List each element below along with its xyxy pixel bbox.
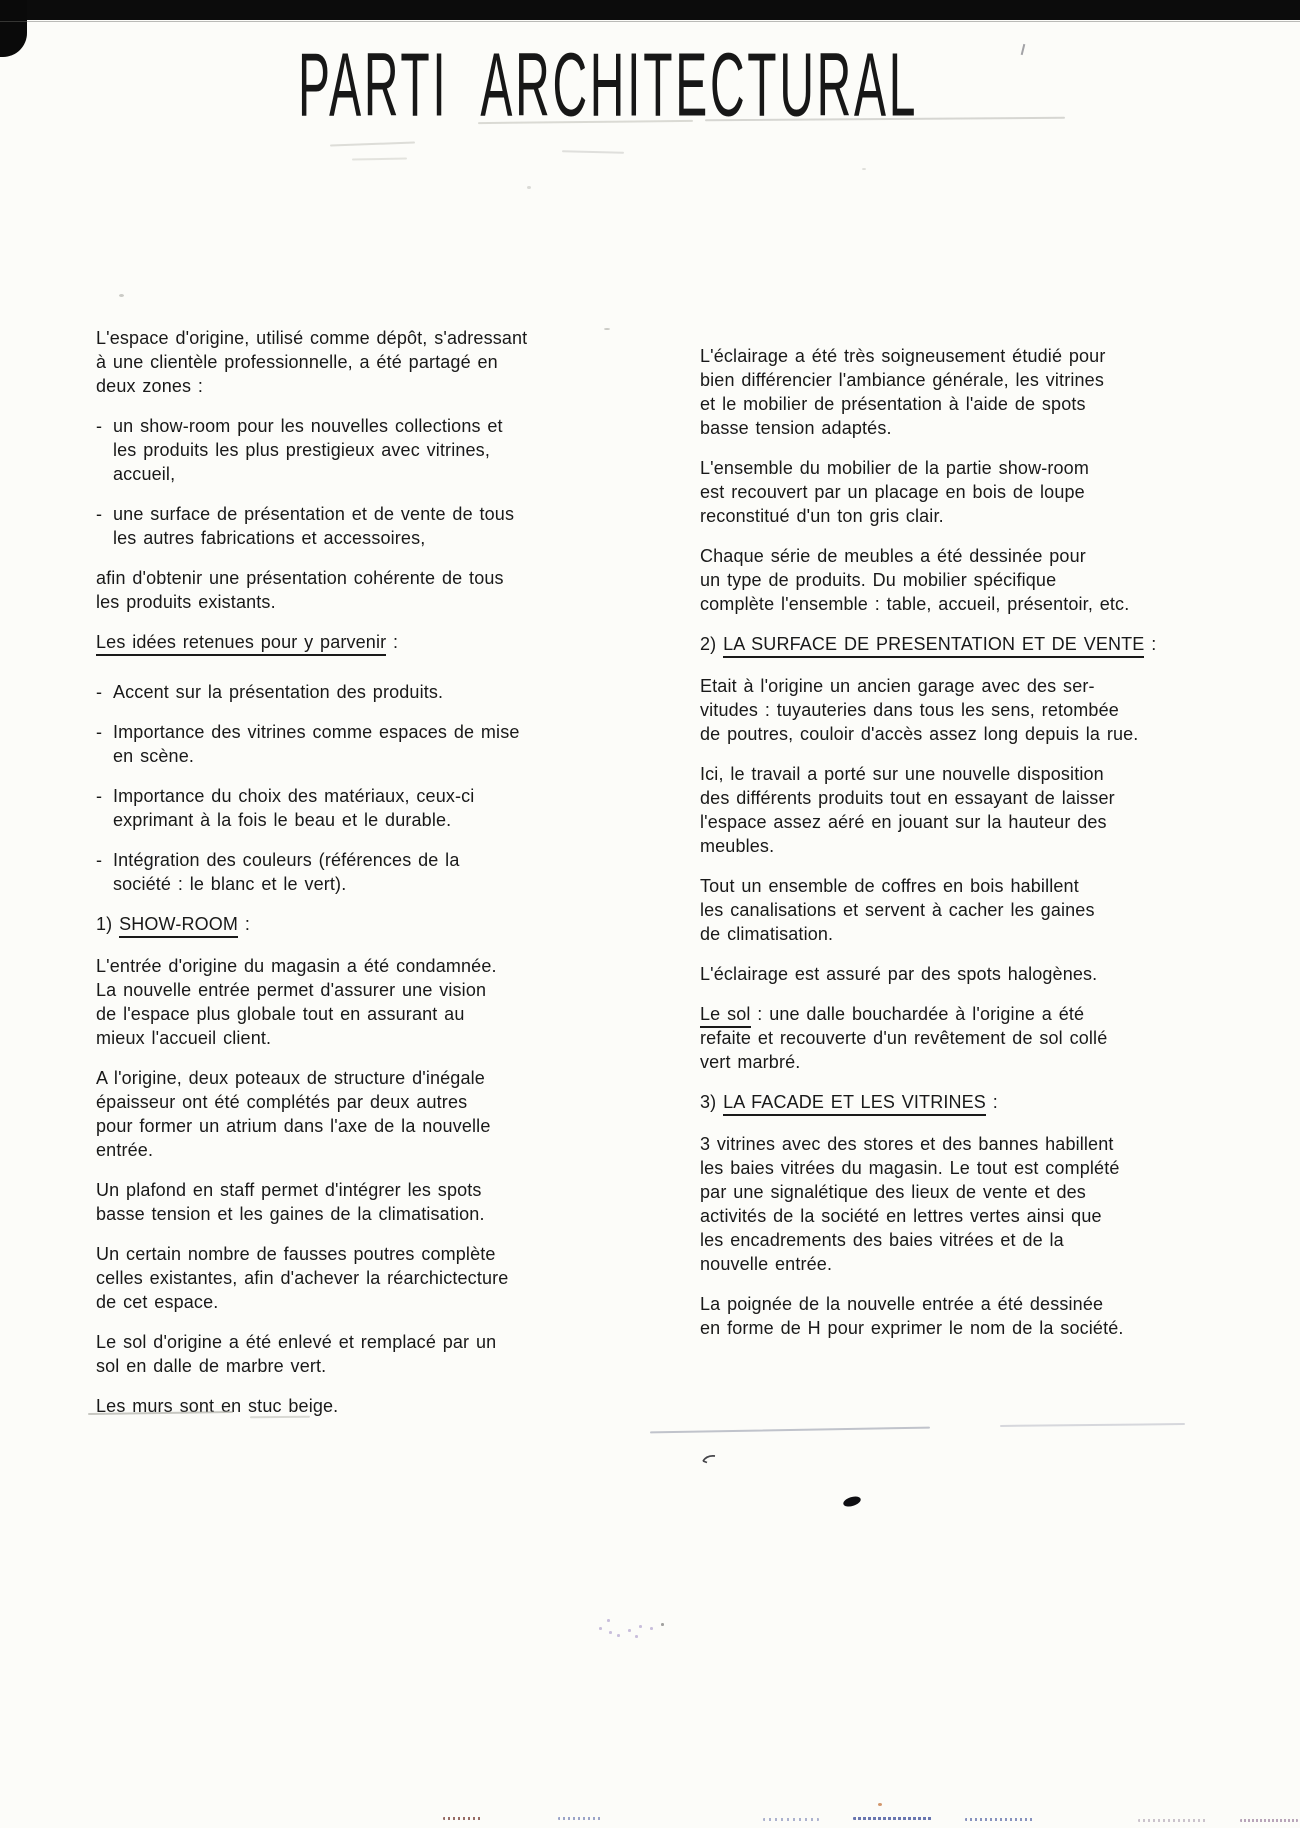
bottom-scan-noise	[763, 1818, 819, 1821]
pen-blob-mark	[842, 1495, 862, 1509]
heading-text: LA FACADE ET LES VITRINES	[723, 1092, 986, 1116]
scan-edge-top-bar	[0, 0, 1300, 20]
bottom-scan-noise	[853, 1817, 933, 1820]
pencil-line	[650, 1427, 930, 1433]
bullet-text: Intégration des couleurs (références de …	[113, 848, 460, 896]
heading-number: 1)	[96, 914, 119, 934]
paragraph: Chaque série de meubles a été dessinée p…	[700, 544, 1162, 616]
numbered-section-heading: 1) SHOW-ROOM :	[96, 912, 532, 936]
bullet-item: -Accent sur la présentation des produits…	[96, 680, 532, 704]
bottom-scan-noise	[443, 1817, 481, 1820]
paragraph: Le sol : une dalle bouchardée à l'origin…	[700, 1002, 1162, 1074]
paragraph: Etait à l'origine un ancien garage avec …	[700, 674, 1162, 746]
paragraph: L'entrée d'origine du magasin a été cond…	[96, 954, 532, 1050]
paper-speck	[119, 294, 124, 297]
paragraph: Ici, le travail a porté sur une nouvelle…	[700, 762, 1162, 858]
bottom-scan-noise	[558, 1817, 603, 1820]
bullet-item: -Intégration des couleurs (références de…	[96, 848, 532, 896]
paragraph: La poignée de la nouvelle entrée a été d…	[700, 1292, 1162, 1340]
paper-speck	[862, 168, 866, 170]
paper-speck	[527, 186, 531, 189]
bullet-marker: -	[96, 680, 102, 704]
paragraph: afin d'obtenir une présentation cohérent…	[96, 566, 532, 614]
paragraph: Tout un ensemble de coffres en bois habi…	[700, 874, 1162, 946]
bullet-marker: -	[96, 414, 102, 438]
bullet-text: Importance des vitrines comme espaces de…	[113, 720, 520, 768]
scanned-document-page: PARTI ARCHITECTURAL L'espace d'origine, …	[0, 0, 1300, 1828]
numbered-section-heading: 2) LA SURFACE DE PRESENTATION ET DE VENT…	[700, 632, 1162, 656]
right-text-column: L'éclairage a été très soigneusement étu…	[700, 344, 1162, 1356]
heading-text: Les idées retenues pour y parvenir	[96, 632, 386, 656]
bullet-item: -Importance des vitrines comme espaces d…	[96, 720, 532, 768]
bullet-item: -une surface de présentation et de vente…	[96, 502, 532, 550]
pencil-line	[1000, 1423, 1185, 1427]
scan-corner-mark	[0, 0, 27, 57]
paper-speck	[878, 1803, 882, 1806]
apostrophe-mark	[1021, 44, 1026, 55]
bullet-text: Accent sur la présentation des produits.	[113, 680, 443, 704]
bullet-marker: -	[96, 502, 102, 526]
bullet-text: une surface de présentation et de vente …	[113, 502, 514, 550]
paragraph: L'éclairage est assuré par des spots hal…	[700, 962, 1162, 986]
paragraph: Les murs sont en stuc beige.	[96, 1394, 532, 1418]
bullet-text: Importance du choix des matériaux, ceux-…	[113, 784, 474, 832]
scan-edge-hairline	[0, 21, 1300, 22]
bullet-marker: -	[96, 848, 102, 872]
paper-speck	[604, 328, 610, 330]
pencil-check-mark	[700, 1452, 718, 1466]
heading-text: SHOW-ROOM	[119, 914, 238, 938]
numbered-section-heading: 3) LA FACADE ET LES VITRINES :	[700, 1090, 1162, 1114]
paragraph: 3 vitrines avec des stores et des bannes…	[700, 1132, 1162, 1276]
heading-text: LA SURFACE DE PRESENTATION ET DE VENTE	[723, 634, 1144, 658]
bullet-item: -Importance du choix des matériaux, ceux…	[96, 784, 532, 832]
heading-number: 2)	[700, 634, 723, 654]
paragraph: Un certain nombre de fausses poutres com…	[96, 1242, 532, 1314]
paragraph: L'éclairage a été très soigneusement étu…	[700, 344, 1162, 440]
page-title: PARTI ARCHITECTURAL	[298, 40, 918, 130]
bottom-scan-noise	[965, 1818, 1035, 1821]
paragraph: L'espace d'origine, utilisé comme dépôt,…	[96, 326, 532, 398]
bottom-scan-noise	[1138, 1819, 1206, 1822]
bullet-item: -un show-room pour les nouvelles collect…	[96, 414, 532, 486]
heading-number: 3)	[700, 1092, 723, 1112]
bottom-scan-noise	[1240, 1819, 1298, 1822]
speckle-cluster	[595, 1605, 695, 1640]
title-underline-smudge	[330, 142, 415, 147]
title-underline-smudge	[562, 150, 624, 154]
paragraph: L'ensemble du mobilier de la partie show…	[700, 456, 1162, 528]
bullet-marker: -	[96, 720, 102, 744]
bullet-text: un show-room pour les nouvelles collecti…	[113, 414, 503, 486]
title-underline-smudge	[352, 158, 407, 161]
bullet-marker: -	[96, 784, 102, 808]
paragraph: Un plafond en staff permet d'intégrer le…	[96, 1178, 532, 1226]
underlined-lead: Le sol	[700, 1004, 751, 1028]
left-text-column: L'espace d'origine, utilisé comme dépôt,…	[96, 326, 532, 1434]
paragraph: Le sol d'origine a été enlevé et remplac…	[96, 1330, 532, 1378]
paragraph: A l'origine, deux poteaux de structure d…	[96, 1066, 532, 1162]
section-subheading: Les idées retenues pour y parvenir :	[96, 630, 532, 654]
